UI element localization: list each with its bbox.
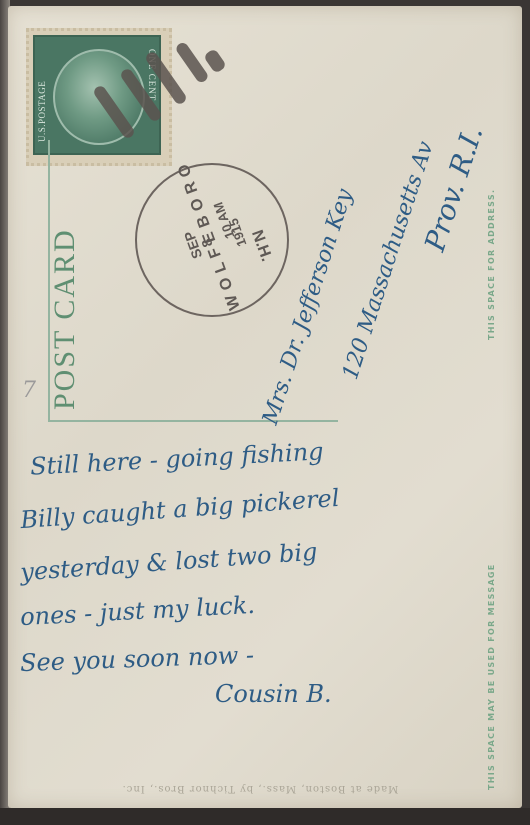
postmark-year: 1915 xyxy=(225,216,249,248)
postcard-title: POST CARD xyxy=(48,228,82,410)
photo-background-band xyxy=(0,808,530,825)
stray-pencil-mark: 7 xyxy=(22,378,36,403)
printer-credit: Made at Boston, Mass., by Tichnor Bros.,… xyxy=(60,783,460,794)
divider-horizontal xyxy=(48,420,338,422)
postmark: WOLFEBORO N.H. SEP 8 10 AM 1915 xyxy=(135,163,289,317)
message-space-label: THIS SPACE MAY BE USED FOR MESSAGE xyxy=(487,563,496,790)
stamp-left-text: U.S.POSTAGE xyxy=(37,81,47,142)
postmark-state: N.H. xyxy=(247,228,275,264)
address-space-label: THIS SPACE FOR ADDRESS. xyxy=(487,189,496,340)
signature: Cousin B. xyxy=(215,680,332,708)
